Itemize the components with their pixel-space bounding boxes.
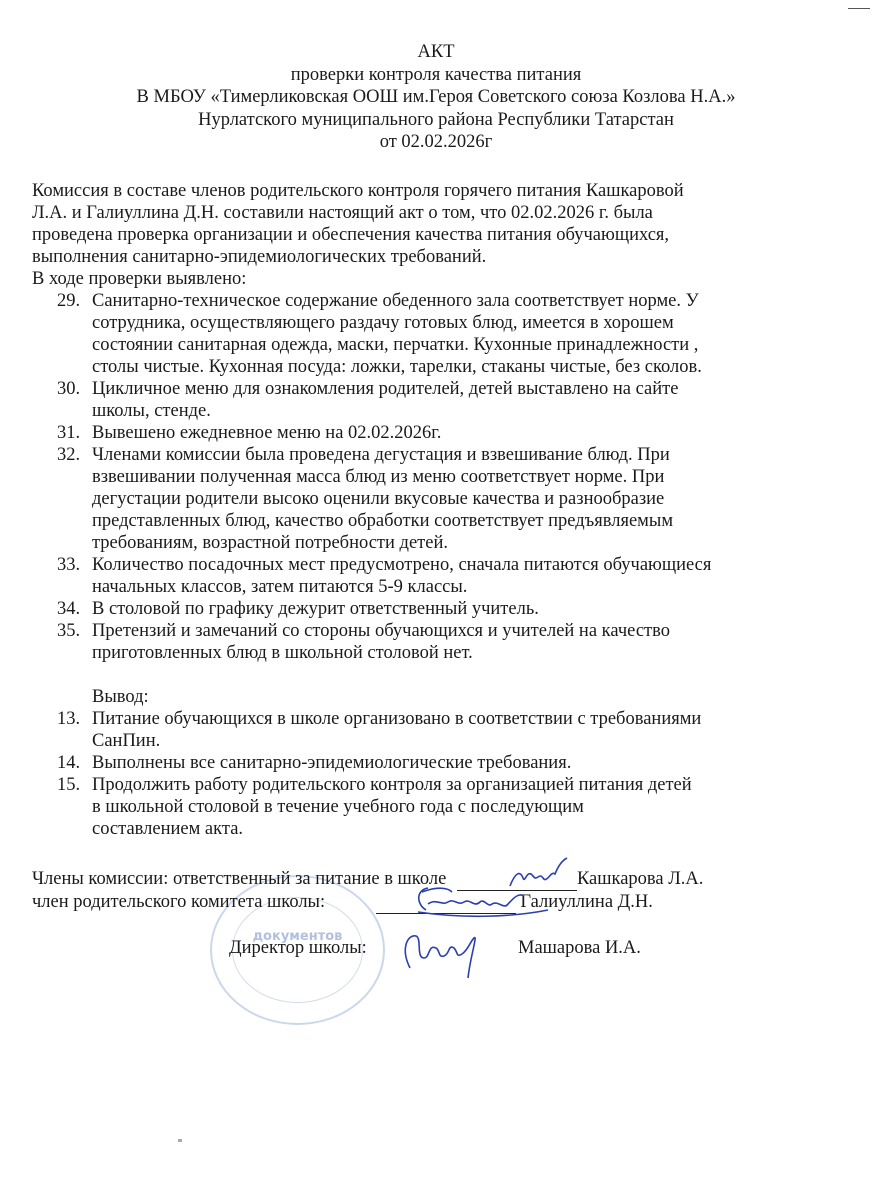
finding-item: 31. Вывешено ежедневное меню на 02.02.20… bbox=[32, 422, 832, 444]
document-body: Комиссия в составе членов родительского … bbox=[32, 180, 832, 840]
item-number: 29. bbox=[57, 290, 80, 312]
conclusions-list: 13. Питание обучающихся в школе организо… bbox=[32, 708, 832, 840]
item-line: столы чистые. Кухонная посуда: ложки, та… bbox=[92, 356, 832, 378]
item-line: Цикличное меню для ознакомления родителе… bbox=[92, 378, 832, 400]
conclusion-heading: Вывод: bbox=[32, 686, 832, 708]
finding-item: 35. Претензий и замечаний со стороны обу… bbox=[32, 620, 832, 664]
item-line: требованиям, возрастной потребности дете… bbox=[92, 532, 832, 554]
item-line: Вывешено ежедневное меню на 02.02.2026г. bbox=[92, 422, 832, 444]
document-subtitle-line: Нурлатского муниципального района Респуб… bbox=[0, 109, 872, 132]
signature-label: Директор школы: bbox=[229, 938, 367, 958]
finding-item: 29. Санитарно-техническое содержание обе… bbox=[32, 290, 832, 378]
intro-line: проведена проверка организации и обеспеч… bbox=[32, 224, 832, 246]
item-line: Претензий и замечаний со стороны обучающ… bbox=[92, 620, 832, 642]
conclusion-item: 14. Выполнены все санитарно-эпидемиологи… bbox=[32, 752, 832, 774]
document-subtitle-line: проверки контроля качества питания bbox=[0, 64, 872, 87]
document-subtitle-line: В МБОУ «Тимерликовская ООШ им.Героя Сове… bbox=[0, 86, 872, 109]
finding-item: 33. Количество посадочных мест предусмот… bbox=[32, 554, 832, 598]
item-line: школы, стенде. bbox=[92, 400, 832, 422]
item-number: 32. bbox=[57, 444, 80, 466]
conclusion-item: 13. Питание обучающихся в школе организо… bbox=[32, 708, 832, 752]
item-line: Продолжить работу родительского контроля… bbox=[92, 774, 832, 796]
signature-label: Члены комиссии: ответственный за питание… bbox=[32, 869, 446, 889]
item-line: взвешивании полученная масса блюд из мен… bbox=[92, 466, 832, 488]
item-line: дегустации родители высоко оценили вкусо… bbox=[92, 488, 832, 510]
signature-row-parent-committee: член родительского комитета школы: Галиу… bbox=[32, 891, 653, 914]
signature-row-director: Директор школы: bbox=[229, 937, 367, 959]
signatory-name: Кашкарова Л.А. bbox=[577, 869, 703, 889]
item-number: 15. bbox=[57, 774, 80, 796]
findings-heading: В ходе проверки выявлено: bbox=[32, 268, 832, 290]
finding-item: 32. Членами комиссии была проведена дегу… bbox=[32, 444, 832, 554]
item-line: сотрудника, осуществляющего раздачу гото… bbox=[92, 312, 832, 334]
document-title: АКТ bbox=[0, 41, 872, 64]
conclusion-item: 15. Продолжить работу родительского конт… bbox=[32, 774, 832, 840]
item-number: 13. bbox=[57, 708, 80, 730]
finding-item: 34. В столовой по графику дежурит ответс… bbox=[32, 598, 832, 620]
item-line: В столовой по графику дежурит ответствен… bbox=[92, 598, 832, 620]
document-date: от 02.02.2026г bbox=[0, 131, 872, 154]
item-line: Санитарно-техническое содержание обеденн… bbox=[92, 290, 832, 312]
document-header: АКТ проверки контроля качества питания В… bbox=[0, 41, 872, 154]
item-line: СанПин. bbox=[92, 730, 832, 752]
item-line: представленных блюд, качество обработки … bbox=[92, 510, 832, 532]
intro-line: выполнения санитарно-эпидемиологических … bbox=[32, 246, 832, 268]
item-line: Количество посадочных мест предусмотрено… bbox=[92, 554, 832, 576]
item-line: Питание обучающихся в школе организовано… bbox=[92, 708, 832, 730]
item-line: Членами комиссии была проведена дегустац… bbox=[92, 444, 832, 466]
scan-artifact-line bbox=[848, 8, 870, 9]
item-line: состоянии санитарная одежда, маски, перч… bbox=[92, 334, 832, 356]
item-line: начальных классов, затем питаются 5-9 кл… bbox=[92, 576, 832, 598]
finding-item: 30. Цикличное меню для ознакомления роди… bbox=[32, 378, 832, 422]
item-number: 31. bbox=[57, 422, 80, 444]
signature-label: член родительского комитета школы: bbox=[32, 892, 325, 912]
item-line: составлением акта. bbox=[92, 818, 832, 840]
item-number: 33. bbox=[57, 554, 80, 576]
intro-paragraph: Комиссия в составе членов родительского … bbox=[32, 180, 832, 290]
signature-galiullina-icon bbox=[408, 882, 558, 927]
scan-artifact-speck bbox=[178, 1139, 182, 1142]
director-name: Машарова И.А. bbox=[518, 937, 641, 959]
signature-masharova-icon bbox=[398, 928, 493, 983]
intro-line: Комиссия в составе членов родительского … bbox=[32, 180, 832, 202]
item-line: Выполнены все санитарно-эпидемиологическ… bbox=[92, 752, 832, 774]
item-number: 30. bbox=[57, 378, 80, 400]
signature-row-responsible: Члены комиссии: ответственный за питание… bbox=[32, 868, 703, 891]
intro-line: Л.А. и Галиуллина Д.Н. составили настоящ… bbox=[32, 202, 832, 224]
item-number: 35. bbox=[57, 620, 80, 642]
item-number: 14. bbox=[57, 752, 80, 774]
item-line: приготовленных блюд в школьной столовой … bbox=[92, 642, 832, 664]
item-line: в школьной столовой в течение учебного г… bbox=[92, 796, 832, 818]
item-number: 34. bbox=[57, 598, 80, 620]
findings-list: 29. Санитарно-техническое содержание обе… bbox=[32, 290, 832, 664]
